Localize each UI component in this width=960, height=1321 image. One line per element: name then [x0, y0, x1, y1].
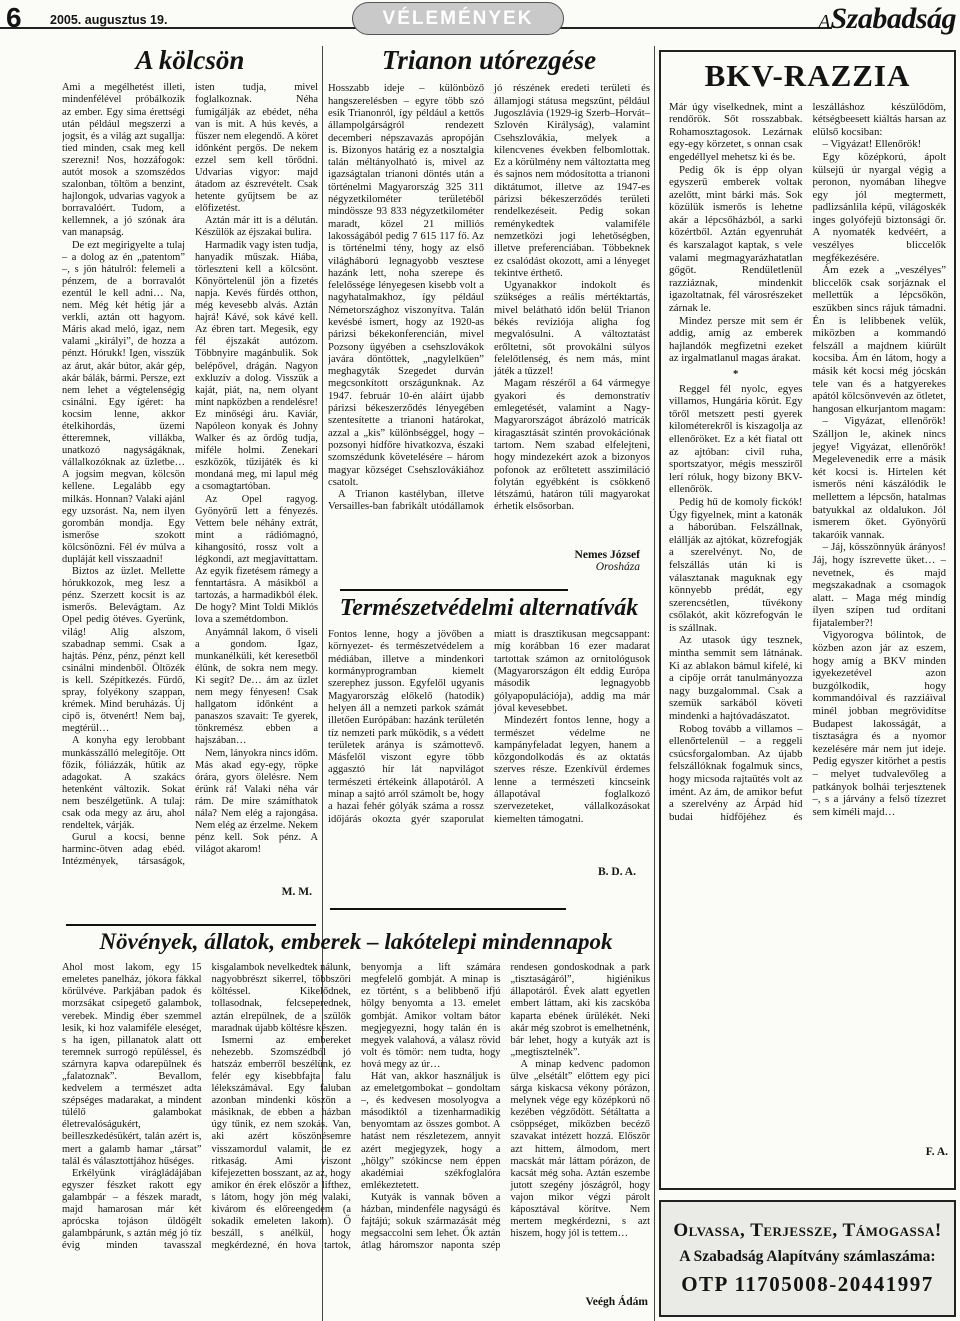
paragraph: Anyámnál lakom, ő viseli a gondom. Igaz,…	[195, 627, 318, 748]
paragraph: Biztos az üzlet. Mellette hórukkozok, me…	[62, 566, 185, 735]
byline-veegh-adam: Veégh Ádám	[579, 1296, 648, 1308]
byline-place: Orosháza	[575, 561, 640, 573]
paragraph: Aztán már itt is a délután. Készülök az …	[195, 215, 318, 239]
article-body: Fontos lenne, hogy a jövőben a környezet…	[328, 629, 650, 855]
masthead-article: A	[818, 11, 830, 33]
byline-fa: F. A.	[920, 1146, 948, 1158]
paragraph: Az utasok úgy tesznek, mintha semmit sem…	[669, 634, 803, 722]
column-divider-right	[654, 46, 655, 1321]
foundation-ad-box: Olvassa, Terjessze, Támogassa! A Szabads…	[659, 1200, 956, 1317]
paragraph: Mindezért fontos lenne, hogy a természet…	[494, 715, 650, 826]
paragraph: Nem, lányokra nincs időm. Más akad egy-e…	[195, 748, 318, 857]
byline-name: Nemes József	[575, 549, 640, 561]
paragraph: Vigyorogva bólintok, de közben azon jár …	[813, 629, 947, 818]
article-body: Ami a megélhetést illeti, mindenfélével …	[62, 82, 318, 870]
paragraph: Magam részéről a 64 vármegye gyakori és …	[494, 378, 650, 513]
article-title: BKV-RAZZIA	[669, 60, 946, 93]
section-banner: VÉLEMÉNYEK	[352, 2, 564, 35]
section-rule-mid2	[330, 908, 566, 910]
paragraph: – Vigyázat, ellenőrök! Szálljon le, akin…	[813, 415, 947, 541]
byline-mm: M. M.	[276, 886, 312, 898]
masthead-logo: ASzabadság	[818, 2, 956, 36]
article-title: A kölcsön	[62, 46, 318, 74]
paragraph: Reggel fél nyolc, egyes villamos, Hungár…	[669, 383, 803, 496]
newspaper-page: 6 2005. augusztus 19. VÉLEMÉNYEK ASzabad…	[0, 0, 960, 1321]
paragraph: Az Opel ragyog. Gyönyörű lett a fényezés…	[195, 494, 318, 627]
section-label: VÉLEMÉNYEK	[383, 8, 534, 30]
page-number: 6	[6, 2, 22, 34]
paragraph: Pedig ők is épp olyan egyszerű emberek v…	[669, 164, 803, 315]
article-termeszetvedelmi: Természetvédelmi alternatívák Fontos len…	[328, 596, 650, 855]
paragraph: A konyha egy lerobbant munkásszálló mele…	[62, 735, 185, 832]
paragraph: Már úgy viselkednek, mint a rendőrök. Ső…	[669, 101, 803, 164]
byline-bda: B. D. A.	[592, 866, 636, 878]
paragraph: Mindez persze mit sem ér addig, amíg az …	[669, 315, 803, 365]
paragraph: Pedig hű de komoly fickók! Úgy figyelnek…	[669, 496, 803, 635]
article-trianon: Trianon utórezgése Hosszabb ideje – külö…	[328, 44, 650, 531]
ad-account-caption: A Szabadság Alapítvány számlaszáma:	[679, 1248, 935, 1266]
article-title: Trianon utórezgése	[328, 46, 650, 74]
paragraph: A minap kedvenc padomon ülve „elsétált” …	[511, 1059, 651, 1240]
article-novenyek: Növények, állatok, emberek – lakótelepi …	[62, 930, 650, 1314]
masthead-name: Szabadság	[830, 2, 956, 35]
ad-slogan: Olvassa, Terjessze, Támogassa!	[673, 1220, 941, 1242]
article-a-kolcson: A kölcsön Ami a megélhetést illeti, mind…	[62, 44, 318, 870]
ad-account-number: OTP 11705008-20441997	[681, 1272, 934, 1297]
paragraph: De ezt megirigyelte a tulaj – a dolog az…	[62, 240, 185, 567]
paragraph: Harmadik vagy isten tudja, hanyadik műsz…	[195, 240, 318, 494]
paragraph: *	[669, 365, 803, 383]
article-body: Már úgy viselkednek, mint a rendőrök. Ső…	[669, 101, 946, 1159]
paragraph: Ahol most lakom, egy 15 emeletes panelhá…	[62, 962, 202, 1168]
paragraph: Hosszabb ideje – különböző hangszerelésb…	[328, 83, 484, 489]
article-title: Természetvédelmi alternatívák	[328, 596, 650, 621]
paragraph: – Vigyázat! Ellenőrök!	[813, 138, 947, 151]
article-title: Növények, állatok, emberek – lakótelepi …	[62, 930, 650, 954]
paragraph: Ám ezek a „veszélyes” bliccelők csak sor…	[813, 264, 947, 415]
article-body: Ahol most lakom, egy 15 emeletes panelhá…	[62, 962, 650, 1314]
section-rule-left	[66, 924, 316, 926]
paragraph: – Jáj, kösszönnyük árányos! Jáj, hogy ís…	[813, 541, 947, 629]
page-header: 6 2005. augusztus 19. VÉLEMÉNYEK ASzabad…	[0, 0, 960, 42]
section-rule-mid1	[340, 589, 568, 591]
paragraph: Ami a megélhetést illeti, mindenfélével …	[62, 82, 185, 239]
article-body: Hosszabb ideje – különböző hangszerelésb…	[328, 83, 650, 531]
date-line: 2005. augusztus 19.	[50, 13, 167, 27]
paragraph: Egy középkorú, ápolt külsejű úr nyargal …	[813, 151, 947, 264]
byline-nemes-jozsef: Nemes József Orosháza	[569, 549, 640, 573]
article-bkv-razzia-box: BKV-RAZZIA Már úgy viselkednek, mint a r…	[659, 50, 956, 1190]
paragraph: Ugyanakkor indokolt és szükséges a reáli…	[494, 280, 650, 378]
paragraph: Hát van, akkor használjuk is az emeletgo…	[361, 1071, 501, 1192]
